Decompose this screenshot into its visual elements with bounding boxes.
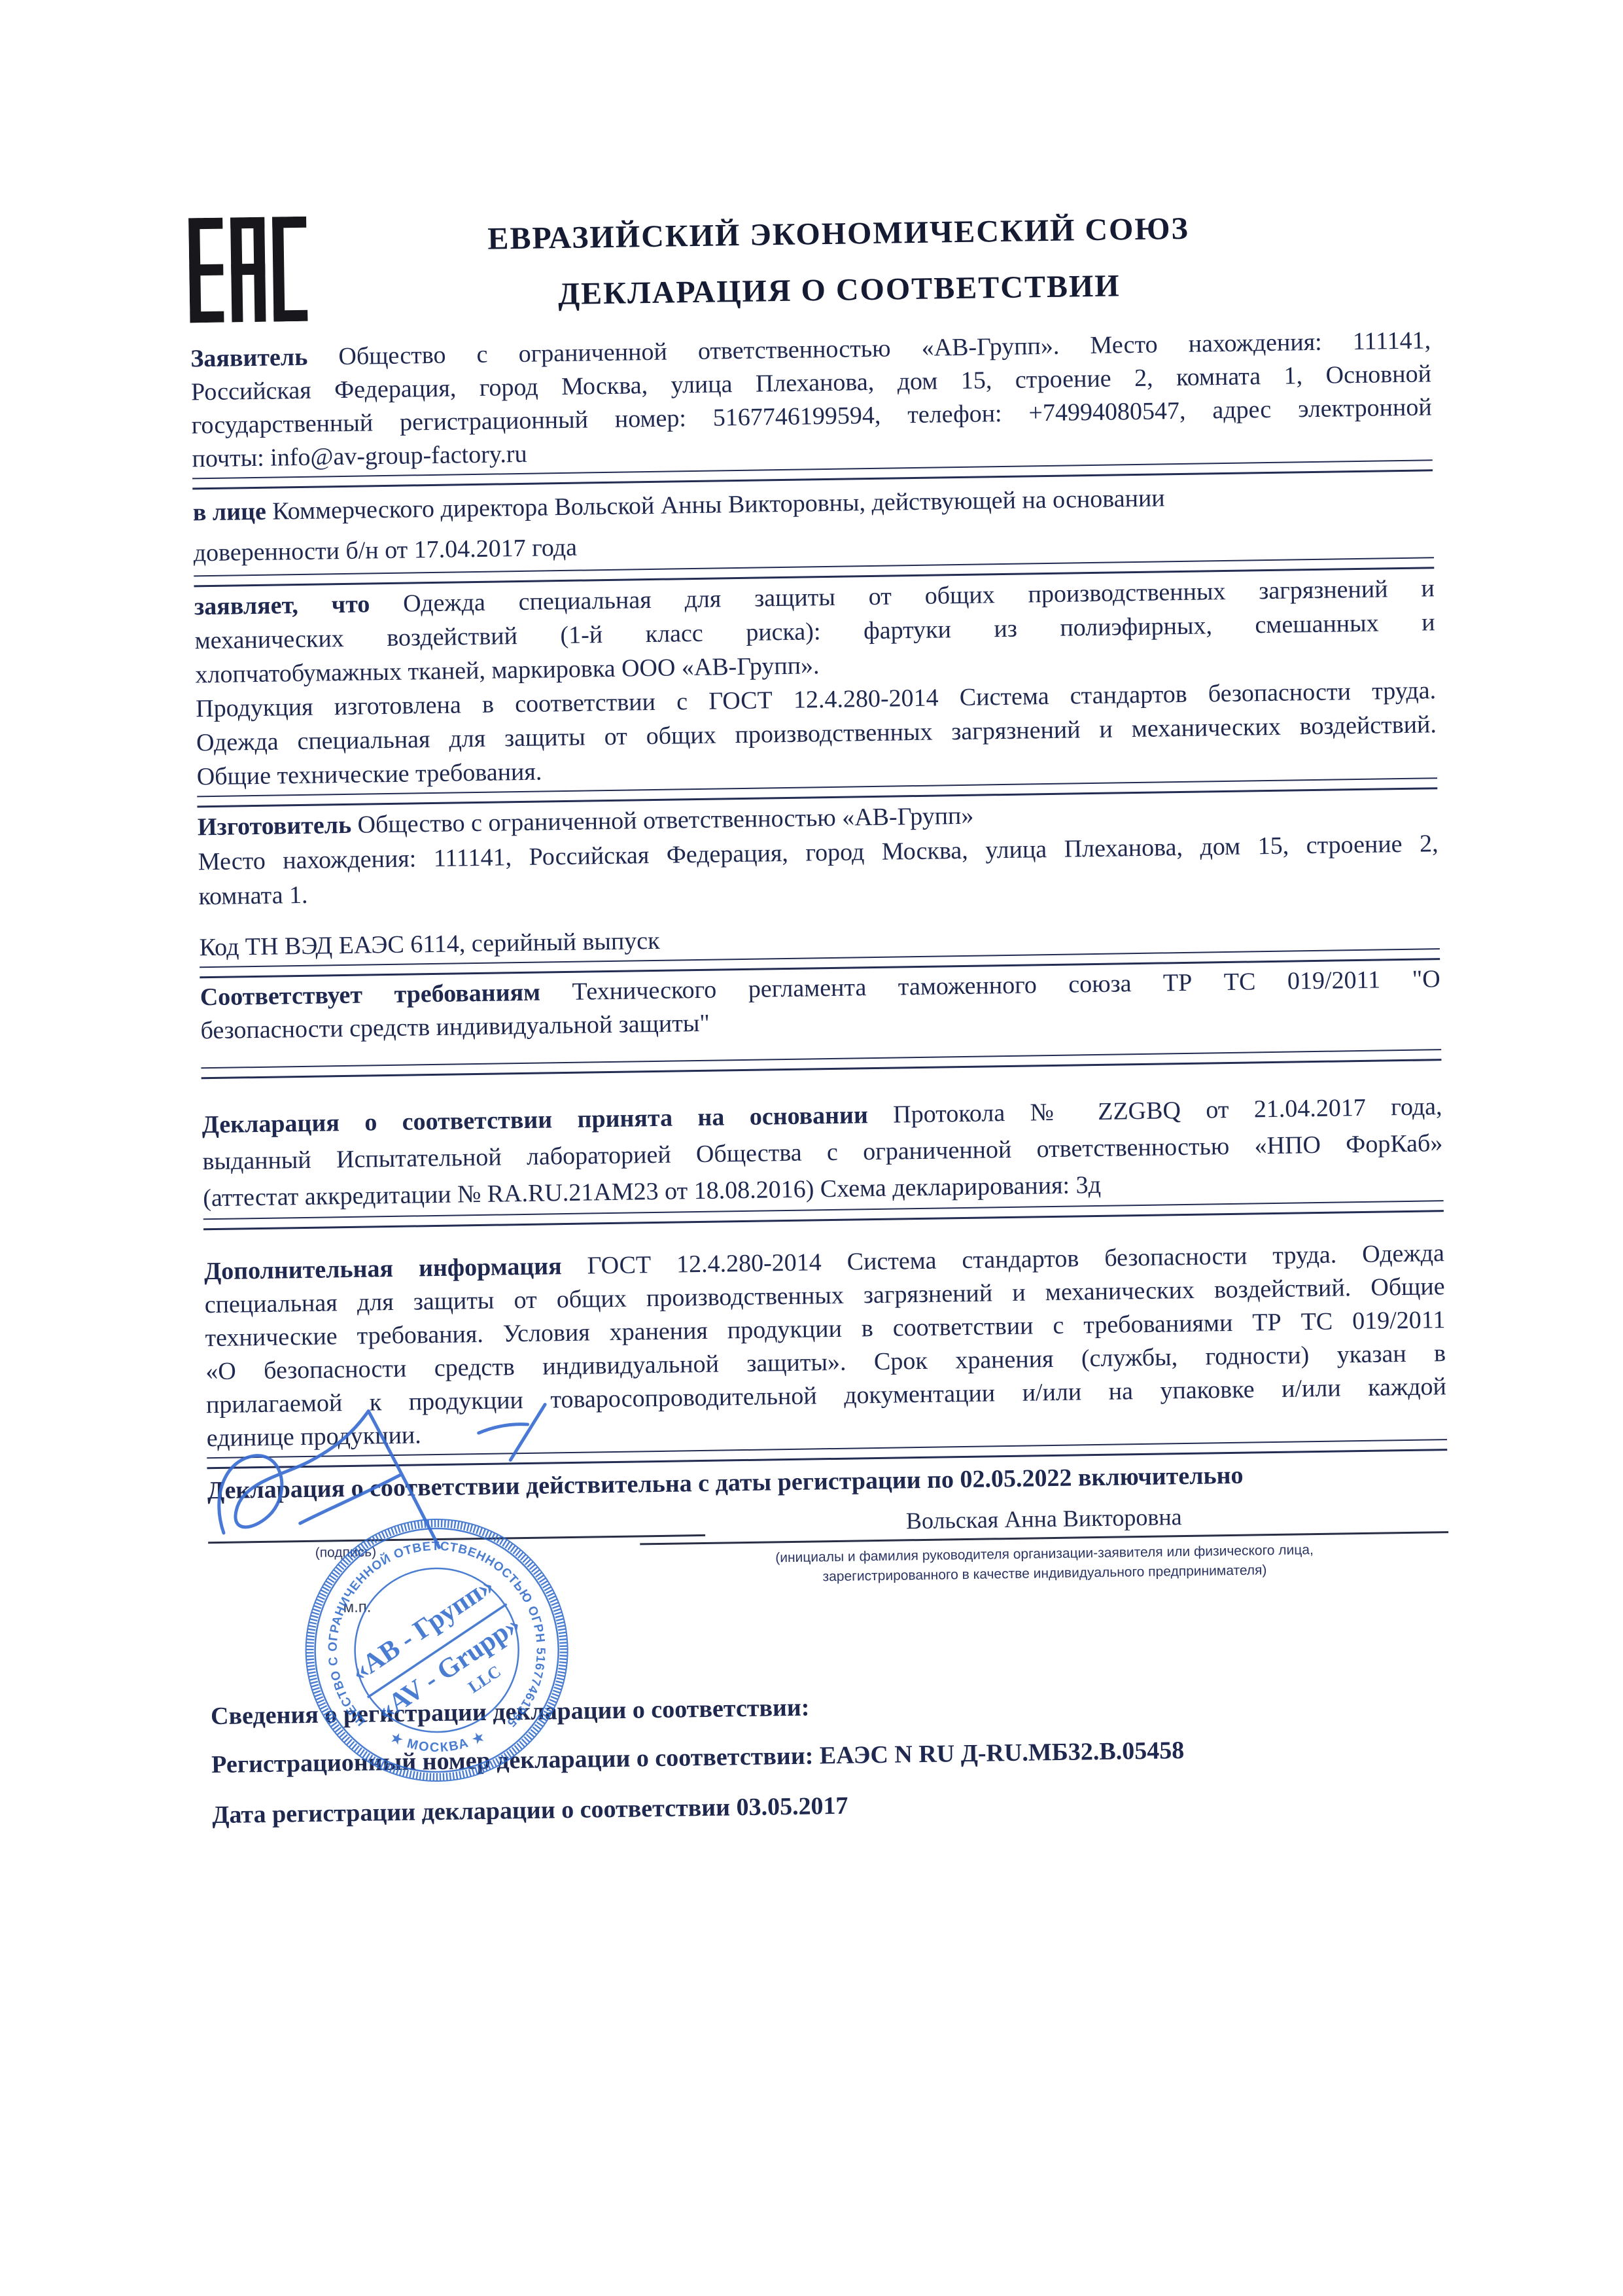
basis-lead: Декларация о соответствии принята на осн…	[201, 1101, 868, 1139]
person-lead: в лице	[192, 498, 266, 527]
manufacturer-section: Изготовитель Общество с ограниченной отв…	[198, 792, 1439, 914]
eac-logo-icon	[188, 210, 315, 327]
eac-mark-icon	[188, 217, 307, 323]
declares-lead: заявляет, что	[194, 590, 370, 620]
section-divider	[201, 1049, 1441, 1079]
signature-zone: (подпись) м.п. Вольская Анна Викторовна …	[208, 1498, 1451, 1680]
authorized-person-section: в лице Коммерческого директора Вольской …	[192, 474, 1434, 573]
additional-lead: Дополнительная информация	[204, 1252, 562, 1285]
scanned-declaration-page: ЕВРАЗИЙСКИЙ ЭКОНОМИЧЕСКИЙ СОЮЗ ДЕКЛАРАЦИ…	[0, 0, 1623, 2296]
signatory-block: Вольская Анна Викторовна (инициалы и фам…	[640, 1498, 1450, 1589]
basis-section: Декларация о соответствии принята на осн…	[201, 1088, 1443, 1216]
complies-lead: Соответствует требованиям	[200, 979, 540, 1012]
applicant-section: Заявитель Общество с ограниченной ответс…	[190, 324, 1433, 476]
title-block: ЕВРАЗИЙСКИЙ ЭКОНОМИЧЕСКИЙ СОЮЗ ДЕКЛАРАЦИ…	[313, 193, 1430, 326]
handwritten-signature	[203, 1394, 559, 1595]
declaration-object-section: заявляет, что Одежда специальная для защ…	[194, 571, 1437, 794]
registration-date-line: Дата регистрации декларации о соответств…	[212, 1780, 1453, 1831]
document-header: ЕВРАЗИЙСКИЙ ЭКОНОМИЧЕСКИЙ СОЮЗ ДЕКЛАРАЦИ…	[188, 193, 1430, 328]
manufacturer-lead: Изготовитель	[198, 811, 352, 841]
document-content: ЕВРАЗИЙСКИЙ ЭКОНОМИЧЕСКИЙ СОЮЗ ДЕКЛАРАЦИ…	[188, 193, 1453, 1831]
applicant-lead: Заявитель	[190, 344, 308, 373]
signatory-caption: (инициалы и фамилия руководителя организ…	[640, 1538, 1449, 1589]
